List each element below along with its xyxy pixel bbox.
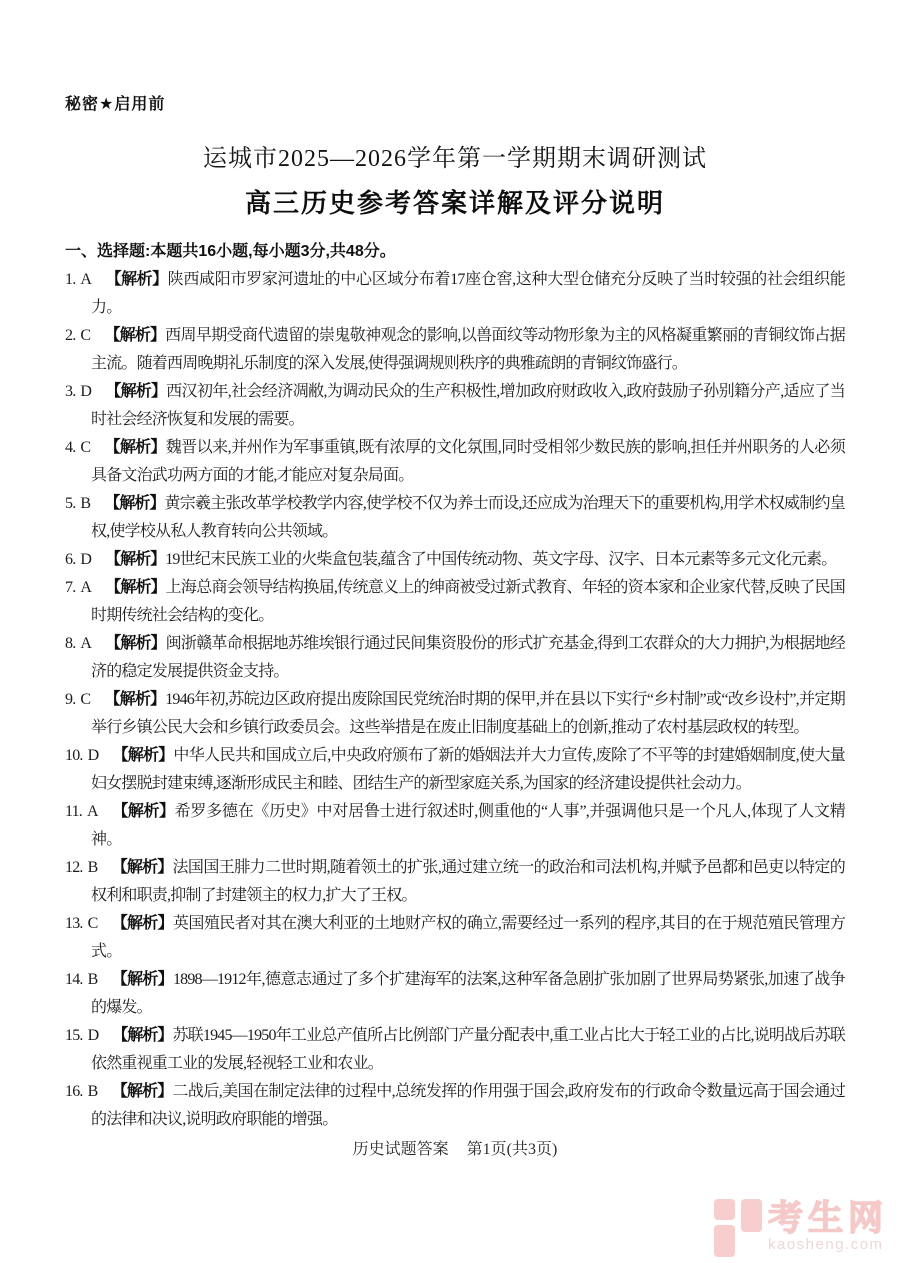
analysis-label: 【解析】 — [111, 859, 172, 876]
answer-letter: D — [80, 383, 91, 400]
analysis-text: 西周早期受商代遗留的崇鬼敬神观念的影响,以兽面纹等动物形象为主的风格凝重繁丽的青… — [91, 327, 845, 372]
answer-item-13: 13.C【解析】英国殖民者对其在澳大利亚的土地财产权的确立,需要经过一系列的程序… — [65, 910, 845, 966]
kaosheng-logo-icon — [714, 1199, 762, 1257]
answer-letter: C — [80, 327, 90, 344]
document-title: 高三历史参考答案详解及评分说明 — [65, 184, 845, 222]
answer-item-4: 4.C【解析】魏晋以来,并州作为军事重镇,既有浓厚的文化氛围,同时受相邻少数民族… — [65, 434, 845, 490]
analysis-text: 希罗多德在《历史》中对居鲁士进行叙述时,侧重他的“人事”,并强调他只是一个凡人,… — [91, 803, 845, 848]
question-number: 13. — [65, 915, 83, 932]
answer-letter: A — [80, 579, 91, 596]
answer-item-16: 16.B【解析】二战后,美国在制定法律的过程中,总统发挥的作用强于国会,政府发布… — [65, 1078, 845, 1134]
analysis-text: 上海总商会领导结构换届,传统意义上的绅商被受过新式教育、年轻的资本家和企业家代替… — [91, 579, 845, 624]
answer-item-1: 1.A【解析】陕西咸阳市罗家河遗址的中心区域分布着17座仓窖,这种大型仓储充分反… — [65, 266, 845, 322]
question-number: 5. — [65, 495, 75, 512]
answer-letter: D — [88, 747, 99, 764]
answer-item-6: 6.D【解析】19世纪末民族工业的火柴盒包装,蕴含了中国传统动物、英文字母、汉字… — [65, 546, 845, 574]
answer-letter: A — [87, 803, 98, 820]
footer-doc-label: 历史试题答案 — [353, 1141, 449, 1158]
analysis-label: 【解析】 — [104, 495, 164, 512]
analysis-label: 【解析】 — [112, 803, 175, 820]
answer-document-page: 秘密★启用前 运城市2025—2026学年第一学期期末调研测试 高三历史参考答案… — [0, 0, 900, 1263]
answer-letter: B — [80, 495, 90, 512]
watermark-domain: kaosheng.com — [768, 1237, 888, 1253]
answer-item-7: 7.A【解析】上海总商会领导结构换届,传统意义上的绅商被受过新式教育、年轻的资本… — [65, 574, 845, 630]
answer-letter: A — [80, 635, 91, 652]
answer-letter: B — [88, 859, 98, 876]
watermark-text: 考生网 kaosheng.com — [768, 1199, 888, 1253]
answer-letter: B — [88, 1083, 98, 1100]
answer-item-14: 14.B【解析】1898—1912年,德意志通过了多个扩建海军的法案,这种军备急… — [65, 966, 845, 1022]
classification-label: 秘密★启用前 — [65, 94, 845, 116]
page-footer: 历史试题答案第1页(共3页) — [65, 1138, 845, 1162]
analysis-label: 【解析】 — [112, 747, 173, 764]
analysis-text: 魏晋以来,并州作为军事重镇,既有浓厚的文化氛围,同时受相邻少数民族的影响,担任并… — [91, 439, 845, 484]
answer-list: 1.A【解析】陕西咸阳市罗家河遗址的中心区域分布着17座仓窖,这种大型仓储充分反… — [65, 266, 845, 1134]
analysis-text: 苏联1945—1950年工业总产值所占比例部门产量分配表中,重工业占比大于轻工业… — [91, 1027, 845, 1072]
analysis-label: 【解析】 — [111, 971, 172, 988]
analysis-label: 【解析】 — [105, 383, 166, 400]
answer-item-2: 2.C【解析】西周早期受商代遗留的崇鬼敬神观念的影响,以兽面纹等动物形象为主的风… — [65, 322, 845, 378]
question-number: 9. — [65, 691, 75, 708]
question-number: 15. — [65, 1027, 83, 1044]
answer-letter: D — [80, 551, 91, 568]
question-number: 10. — [65, 747, 83, 764]
answer-item-10: 10.D【解析】中华人民共和国成立后,中央政府颁布了新的婚姻法并大力宣传,废除了… — [65, 742, 845, 798]
analysis-label: 【解析】 — [104, 439, 165, 456]
answer-letter: C — [80, 439, 90, 456]
question-number: 11. — [65, 803, 82, 820]
analysis-label: 【解析】 — [105, 271, 167, 288]
answer-letter: B — [88, 971, 98, 988]
analysis-text: 二战后,美国在制定法律的过程中,总统发挥的作用强于国会,政府发布的行政命令数量远… — [91, 1083, 845, 1128]
logo-block — [714, 1225, 735, 1257]
question-number: 4. — [65, 439, 75, 456]
answer-item-3: 3.D【解析】西汉初年,社会经济凋敝,为调动民众的生产积极性,增加政府财政收入,… — [65, 378, 845, 434]
kaosheng-watermark: 考生网 kaosheng.com — [714, 1199, 888, 1257]
question-number: 8. — [65, 635, 75, 652]
analysis-label: 【解析】 — [111, 1083, 172, 1100]
watermark-brand-name: 考生网 — [768, 1201, 888, 1237]
answer-item-8: 8.A【解析】闽浙赣革命根据地苏维埃银行通过民间集资股份的形式扩充基金,得到工农… — [65, 630, 845, 686]
analysis-label: 【解析】 — [105, 551, 165, 568]
analysis-label: 【解析】 — [111, 915, 172, 932]
analysis-text: 闽浙赣革命根据地苏维埃银行通过民间集资股份的形式扩充基金,得到工农群众的大力拥护… — [91, 635, 845, 680]
logo-block — [714, 1199, 735, 1220]
analysis-label: 【解析】 — [105, 579, 165, 596]
answer-letter: C — [80, 691, 90, 708]
analysis-text: 1898—1912年,德意志通过了多个扩建海军的法案,这种军备急剧扩张加剧了世界… — [91, 971, 845, 1016]
analysis-label: 【解析】 — [105, 635, 165, 652]
answer-item-12: 12.B【解析】法国国王腓力二世时期,随着领土的扩张,通过建立统一的政治和司法机… — [65, 854, 845, 910]
answer-letter: C — [88, 915, 98, 932]
analysis-text: 西汉初年,社会经济凋敝,为调动民众的生产积极性,增加政府财政收入,政府鼓励子孙别… — [91, 383, 845, 428]
answer-item-15: 15.D【解析】苏联1945—1950年工业总产值所占比例部门产量分配表中,重工… — [65, 1022, 845, 1078]
analysis-label: 【解析】 — [112, 1027, 172, 1044]
question-number: 14. — [65, 971, 83, 988]
section-heading: 一、选择题:本题共16小题,每小题3分,共48分。 — [65, 238, 845, 266]
exam-title: 运城市2025—2026学年第一学期期末调研测试 — [65, 142, 845, 176]
analysis-text: 19世纪末民族工业的火柴盒包装,蕴含了中国传统动物、英文字母、汉字、日本元素等多… — [165, 551, 836, 568]
answer-item-11: 11.A【解析】希罗多德在《历史》中对居鲁士进行叙述时,侧重他的“人事”,并强调… — [65, 798, 845, 854]
analysis-text: 黄宗羲主张改革学校教学内容,使学校不仅为养士而设,还应成为治理天下的重要机构,用… — [91, 495, 845, 540]
question-number: 6. — [65, 551, 75, 568]
analysis-text: 法国国王腓力二世时期,随着领土的扩张,通过建立统一的政治和司法机构,并赋予邑都和… — [91, 859, 845, 904]
question-number: 16. — [65, 1083, 83, 1100]
analysis-label: 【解析】 — [104, 691, 165, 708]
question-number: 2. — [65, 327, 75, 344]
analysis-text: 中华人民共和国成立后,中央政府颁布了新的婚姻法并大力宣传,废除了不平等的封建婚姻… — [91, 747, 845, 792]
question-number: 1. — [65, 271, 75, 288]
answer-letter: A — [80, 271, 91, 288]
question-number: 7. — [65, 579, 75, 596]
answer-item-5: 5.B【解析】黄宗羲主张改革学校教学内容,使学校不仅为养士而设,还应成为治理天下… — [65, 490, 845, 546]
answer-letter: D — [88, 1027, 99, 1044]
analysis-text: 英国殖民者对其在澳大利亚的土地财产权的确立,需要经过一系列的程序,其目的在于规范… — [91, 915, 845, 960]
analysis-text: 1946年初,苏皖边区政府提出废除国民党统治时期的保甲,并在县以下实行“乡村制”… — [91, 691, 845, 736]
question-number: 3. — [65, 383, 75, 400]
question-number: 12. — [65, 859, 83, 876]
logo-block — [741, 1199, 762, 1232]
answer-item-9: 9.C【解析】1946年初,苏皖边区政府提出废除国民党统治时期的保甲,并在县以下… — [65, 686, 845, 742]
analysis-label: 【解析】 — [104, 327, 165, 344]
analysis-text: 陕西咸阳市罗家河遗址的中心区域分布着17座仓窖,这种大型仓储充分反映了当时较强的… — [91, 271, 845, 316]
footer-page-number: 第1页(共3页) — [467, 1141, 558, 1158]
